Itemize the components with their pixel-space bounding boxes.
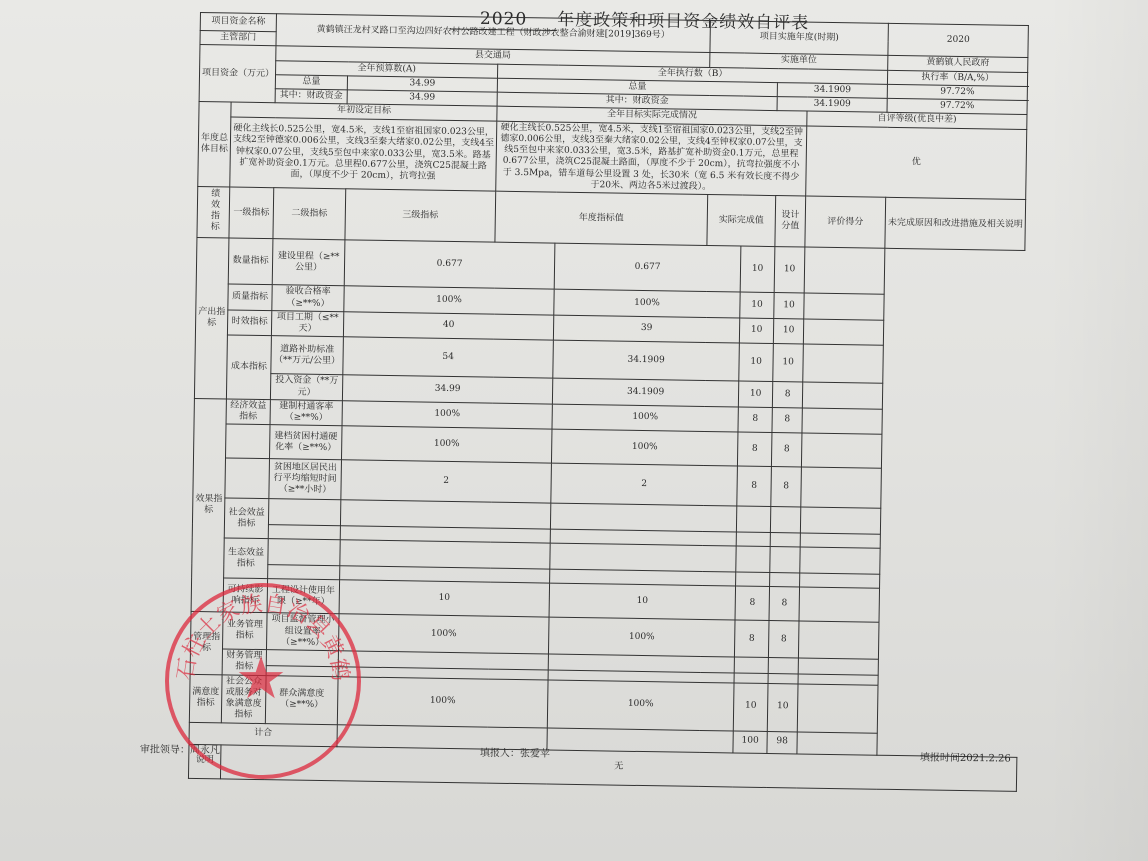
level2-cell: 成本指标: [226, 335, 271, 399]
level2-cell: 经济效益指标: [226, 399, 270, 425]
actual-cell: 100%: [548, 617, 735, 657]
reason-cell: [803, 344, 884, 383]
level2-cell: 可持续影响指标: [223, 578, 268, 613]
indicators-section-label: 绩效指标: [197, 186, 230, 238]
design-score-cell: 10: [739, 343, 774, 382]
eval-score-cell: 10: [767, 683, 798, 731]
funds-label: 项目资金（万元）: [199, 45, 276, 103]
level3-cell: [266, 650, 338, 667]
actual-cell: 100%: [547, 680, 734, 731]
header-target: 年度指标值: [495, 191, 708, 246]
eval-score-cell: 8: [771, 433, 802, 467]
reason-cell: [798, 658, 878, 675]
actual-cell: 39: [553, 315, 739, 343]
level1-cell: 管理指标: [190, 612, 223, 675]
design-score-cell: 8: [737, 466, 772, 507]
actual-cell: 100%: [552, 404, 738, 432]
design-score-cell: 10: [733, 682, 768, 731]
eval-score-cell: [770, 573, 800, 587]
target-cell: 2: [341, 460, 552, 503]
level3-cell: 道路补助标准（**万元/公里）: [271, 336, 344, 375]
level3-cell: 贫困地区居民出行平均缩短时间（≥**小时）: [269, 459, 342, 500]
level2-cell: [225, 424, 270, 459]
impl-year: 2020: [888, 23, 1028, 57]
budget-total-label: 总量: [275, 74, 347, 89]
reason-cell: [800, 533, 880, 548]
dept-label: 主管部门: [200, 31, 276, 46]
design-score-cell: [734, 673, 768, 683]
actual-cell: 100%: [551, 429, 738, 466]
eval-score-cell: 8: [772, 382, 802, 408]
reason-cell: [800, 547, 880, 574]
design-score-cell: 10: [738, 381, 772, 407]
level1-cell: 效果指标: [191, 398, 226, 612]
header-level3: 三级指标: [345, 189, 496, 243]
header-level1: 一级指标: [229, 187, 274, 239]
reason-cell: [801, 467, 882, 508]
eval-score-cell: 8: [772, 407, 802, 433]
goals-label: 年度总体目标: [198, 102, 231, 187]
shadow: [1048, 0, 1148, 861]
header-level2: 二级指标: [273, 188, 346, 240]
level2-cell: 社会公众或服务对象满意度指标: [221, 674, 266, 723]
level3-cell: 群众满意度（≥**%）: [265, 675, 338, 724]
actual-cell: 10: [549, 583, 736, 620]
eval-score-cell: [768, 658, 798, 675]
level3-cell: 投入资金（**万元）: [270, 374, 342, 401]
target-cell: 0.677: [344, 240, 555, 289]
project-name-label: 项目资金名称: [200, 13, 276, 32]
indicator-rows: 产出指标数量指标建设里程（≥**公里）0.6770.6771010质量指标验收合…: [189, 238, 1025, 735]
level3-cell: [268, 525, 340, 540]
reason-cell: [804, 247, 885, 294]
actual-cell: 100%: [554, 289, 740, 317]
target-cell: 10: [339, 580, 550, 617]
header-eval-score: 评价得分: [805, 196, 886, 249]
eval-score-cell: 10: [773, 318, 803, 344]
header-reason: 未完成原因和改进措施及相关说明: [885, 197, 1026, 250]
eval-score-cell: 8: [771, 467, 802, 507]
design-score-cell: 8: [734, 620, 769, 657]
total-score: 98: [767, 731, 797, 753]
level3-cell: 项目监督管理小组设置率（≥**%）: [267, 613, 340, 651]
design-score-cell: [734, 657, 768, 674]
level1-cell: 满意度指标: [189, 674, 222, 722]
eval-score-cell: 10: [774, 293, 804, 319]
design-score-cell: 8: [737, 432, 772, 467]
target-cell: [340, 500, 550, 529]
actual-cell: [550, 543, 736, 572]
design-score-cell: 8: [738, 407, 772, 433]
level2-cell: 质量指标: [228, 284, 272, 310]
target-cell: 100%: [341, 426, 552, 463]
total-empty-2: [547, 728, 733, 753]
reason-cell: [802, 382, 882, 409]
total-design: 100: [733, 730, 767, 753]
design-score-cell: [736, 506, 770, 533]
total-empty-3: [797, 731, 877, 754]
level2-cell: 生态效益指标: [224, 538, 269, 579]
target-cell: 100%: [337, 676, 548, 727]
level3-cell: [268, 565, 340, 580]
eval-score-cell: [770, 533, 800, 547]
target-cell: [340, 540, 550, 569]
actual-cell: 2: [551, 463, 738, 506]
design-score-cell: 10: [739, 318, 773, 344]
level1-cell: 产出指标: [194, 238, 229, 399]
design-score-cell: [736, 546, 770, 573]
reason-cell: [799, 587, 880, 622]
level3-cell: 验收合格率（≥**%）: [272, 285, 344, 312]
level2-cell: 社会效益指标: [224, 498, 269, 539]
evaluation-sheet: 项目资金名称 黄鹤镇汪龙村叉路口至沟边四好农村公路改建工程（财政涉农整合渝财建[…: [188, 12, 1028, 791]
reason-cell: [800, 573, 880, 588]
target-cell: 100%: [342, 401, 552, 430]
eval-score-cell: [770, 547, 800, 573]
design-score-cell: [736, 572, 770, 587]
level2-cell: 财务管理指标: [222, 649, 266, 675]
actual-cell: 34.1909: [553, 340, 740, 381]
evaluation-table: 项目资金名称 黄鹤镇汪龙村叉路口至沟边四好农村公路改建工程（财政涉农整合渝财建[…: [188, 12, 1029, 791]
eval-score-cell: 8: [768, 621, 799, 658]
eval-score-cell: 10: [774, 247, 805, 293]
reason-cell: [800, 507, 880, 534]
level3-cell: [268, 499, 340, 526]
budget-fiscal-label: 其中：财政资金: [275, 89, 347, 104]
level3-cell: 项目工期（≤**天）: [271, 310, 343, 337]
design-score-cell: 8: [735, 586, 770, 621]
level3-cell: 建设里程（≥**公里）: [272, 239, 345, 286]
level3-cell: 建档贫困村通硬化率（≥**%）: [270, 425, 343, 460]
impl-year-label: 项目实施年度(时期): [710, 21, 889, 56]
eval-score-cell: 8: [769, 587, 800, 621]
actual-cell: [550, 503, 736, 532]
design-score-cell: [736, 532, 770, 547]
design-score-cell: 10: [740, 246, 775, 293]
design-score-cell: 10: [740, 292, 774, 318]
header-actual: 实际完成值: [707, 194, 776, 246]
target-cell: 100%: [344, 286, 554, 315]
eval-score-cell: [770, 507, 800, 533]
level3-cell: 工程设计使用年限（≥**年）: [267, 579, 340, 614]
target-cell: 100%: [338, 614, 549, 654]
reason-cell: [798, 621, 879, 659]
actual-cell: 34.1909: [552, 378, 738, 406]
reason-cell: [803, 319, 883, 346]
level3-cell: 建制村通客率（≥**%）: [270, 399, 342, 426]
level2-cell: [225, 458, 270, 499]
eval-score-cell: 10: [773, 344, 804, 382]
level3-cell: [268, 539, 340, 566]
target-cell: 54: [343, 337, 554, 378]
header-design-score: 设计分值: [775, 196, 806, 248]
fill-date: 填报时间2021.2.26: [920, 749, 1011, 765]
level2-cell: 时效指标: [227, 310, 271, 336]
reason-cell: [804, 293, 884, 320]
goals-actual-text: 硬化主线长0.525公里，宽4.5米，支线1至宿祖国家0.023公里，支线2至钟…: [496, 121, 807, 196]
goals-initial-text: 硬化主线长0.525公里，宽4.5米，支线1至宿祖国家0.023公里，支线2至钟…: [230, 116, 497, 191]
filler: 填报人：张爱苹: [480, 744, 550, 760]
reason-cell: [802, 408, 882, 435]
grade-value: 优: [806, 126, 1027, 200]
target-cell: 40: [343, 312, 553, 341]
eval-score-cell: [768, 674, 798, 684]
approver: 审批领导：周永凡: [140, 740, 220, 756]
actual-cell: 0.677: [554, 243, 741, 292]
target-cell: 34.99: [342, 375, 552, 404]
reason-cell: [797, 683, 878, 732]
level2-cell: 业务管理指标: [222, 612, 267, 649]
level2-cell: 数量指标: [228, 238, 273, 285]
reason-cell: [801, 433, 882, 468]
